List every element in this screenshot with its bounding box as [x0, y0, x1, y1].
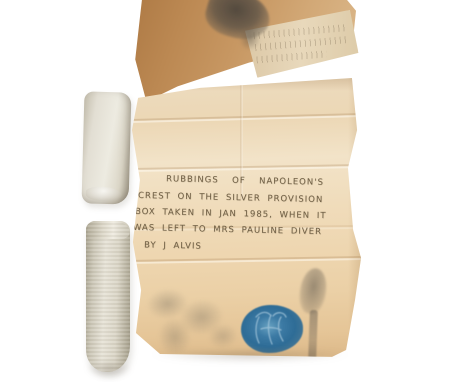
faint-script-line [256, 50, 326, 63]
rolled-linen-cylinder [86, 221, 130, 372]
blue-crest-rubbing [241, 305, 303, 353]
photo-canvas: RUBBINGS OF NAPOLEON'S CREST ON THE SILV… [0, 0, 468, 382]
handwriting-line-3: BOX TAKEN IN JAN 1985, WHEN IT [135, 207, 327, 221]
faint-script-line [255, 36, 347, 51]
note-right-edge-shadow [348, 76, 362, 360]
note-crease [128, 164, 362, 172]
handwriting-line-2: CREST ON THE SILVER PROVISION [138, 191, 323, 205]
handwriting-line-1: RUBBINGS OF NAPOLEON'S [166, 174, 324, 188]
note-crease [128, 256, 362, 264]
linen-roll-shadow [86, 364, 132, 378]
handwritten-note-paper: RUBBINGS OF NAPOLEON'S CREST ON THE SILV… [128, 76, 362, 360]
crest-monogram-lines-icon [241, 305, 303, 353]
handwriting-line-5: BY J ALVIS [144, 240, 202, 251]
note-crease [128, 113, 362, 123]
spoon-rubbing-bowl [297, 266, 330, 316]
note-bottom-shadow [150, 351, 350, 363]
folded-linen-bundle [82, 91, 132, 204]
graphite-smudge-cluster [139, 277, 242, 357]
